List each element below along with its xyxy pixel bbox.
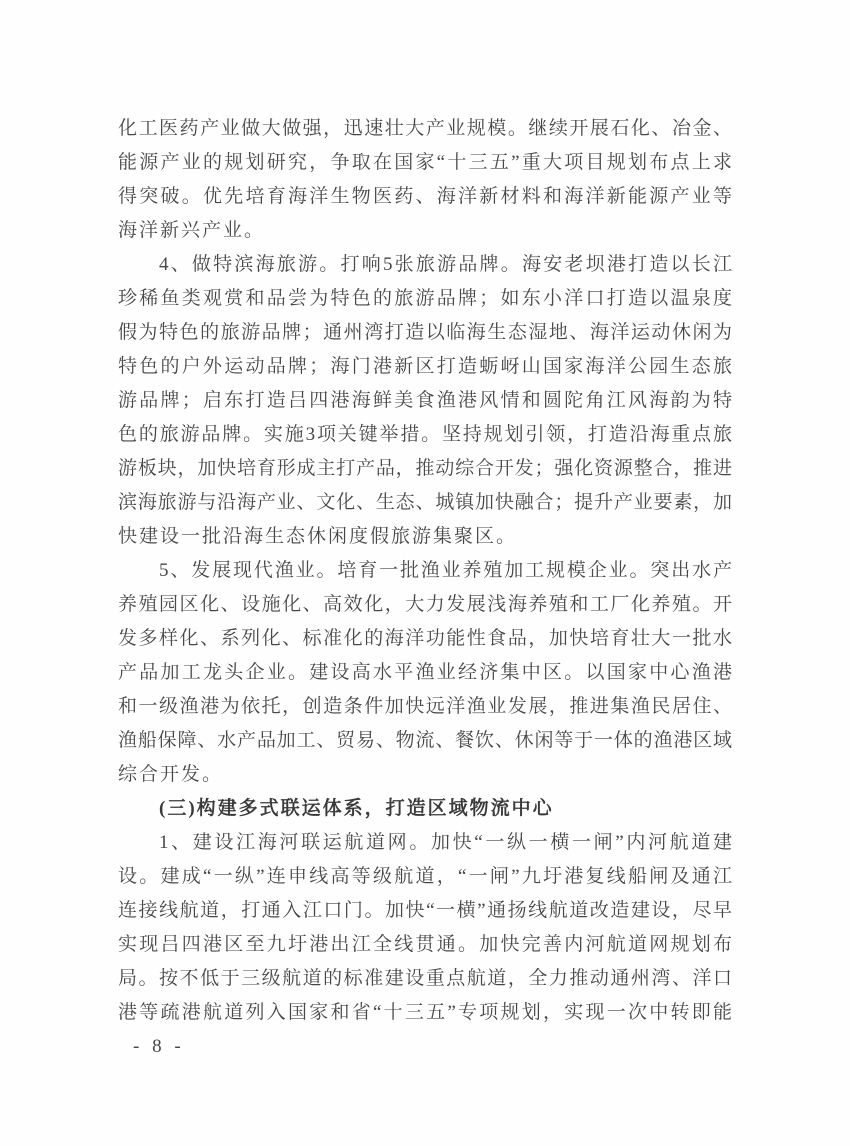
text-line: 局。按不低于三级航道的标准建设重点航道，全力推动通州湾、洋口 [118, 962, 732, 996]
text-line: 滨海旅游与沿海产业、文化、生态、城镇加快融合；提升产业要素，加 [118, 486, 732, 520]
text-line: 设。建成“一纵”连申线高等级航道，“一闸”九圩港复线船闸及通江 [118, 860, 732, 894]
text-line: 假为特色的旅游品牌；通州湾打造以临海生态湿地、海洋运动休闲为 [118, 316, 732, 350]
text-line: 综合开发。 [118, 758, 732, 792]
text-line: 色的旅游品牌。实施3项关键举措。坚持规划引领，打造沿海重点旅 [118, 418, 732, 452]
text-line: 连接线航道，打通入江口门。加快“一横”通扬线航道改造建设，尽早 [118, 894, 732, 928]
text-line: 实现吕四港区至九圩港出江全线贯通。加快完善内河航道网规划布 [118, 928, 732, 962]
text-line: 和一级渔港为依托，创造条件加快远洋渔业发展，推进集渔民居住、 [118, 690, 732, 724]
text-line: 海洋新兴产业。 [118, 214, 732, 248]
text-line: 港等疏港航道列入国家和省“十三五”专项规划，实现一次中转即能 [118, 996, 732, 1030]
page-number: - 8 - [133, 1030, 185, 1064]
text-line: 1、建设江海河联运航道网。加快“一纵一横一闸”内河航道建 [118, 826, 732, 860]
section-heading: (三)构建多式联运体系，打造区域物流中心 [118, 792, 732, 826]
text-line: 快建设一批沿海生态休闲度假旅游集聚区。 [118, 520, 732, 554]
text-line: 化工医药产业做大做强，迅速壮大产业规模。继续开展石化、冶金、 [118, 112, 732, 146]
text-line: 游板块，加快培育形成主打产品，推动综合开发；强化资源整合，推进 [118, 452, 732, 486]
text-line: 发多样化、系列化、标准化的海洋功能性食品，加快培育壮大一批水 [118, 622, 732, 656]
text-line: 产品加工龙头企业。建设高水平渔业经济集中区。以国家中心渔港 [118, 656, 732, 690]
text-line: 养殖园区化、设施化、高效化，大力发展浅海养殖和工厂化养殖。开 [118, 588, 732, 622]
document-page: 化工医药产业做大做强，迅速壮大产业规模。继续开展石化、冶金、能源产业的规划研究，… [0, 0, 850, 1146]
text-line: 特色的户外运动品牌；海门港新区打造蛎岈山国家海洋公园生态旅 [118, 350, 732, 384]
text-line: 5、发展现代渔业。培育一批渔业养殖加工规模企业。突出水产 [118, 554, 732, 588]
text-line: 游品牌；启东打造吕四港海鲜美食渔港风情和圆陀角江风海韵为特 [118, 384, 732, 418]
document-body: 化工医药产业做大做强，迅速壮大产业规模。继续开展石化、冶金、能源产业的规划研究，… [118, 112, 732, 1030]
text-line: 渔船保障、水产品加工、贸易、物流、餐饮、休闲等于一体的渔港区域 [118, 724, 732, 758]
text-line: 得突破。优先培育海洋生物医药、海洋新材料和海洋新能源产业等 [118, 180, 732, 214]
text-line: 4、做特滨海旅游。打响5张旅游品牌。海安老坝港打造以长江 [118, 248, 732, 282]
text-line: 能源产业的规划研究，争取在国家“十三五”重大项目规划布点上求 [118, 146, 732, 180]
text-line: 珍稀鱼类观赏和品尝为特色的旅游品牌；如东小洋口打造以温泉度 [118, 282, 732, 316]
